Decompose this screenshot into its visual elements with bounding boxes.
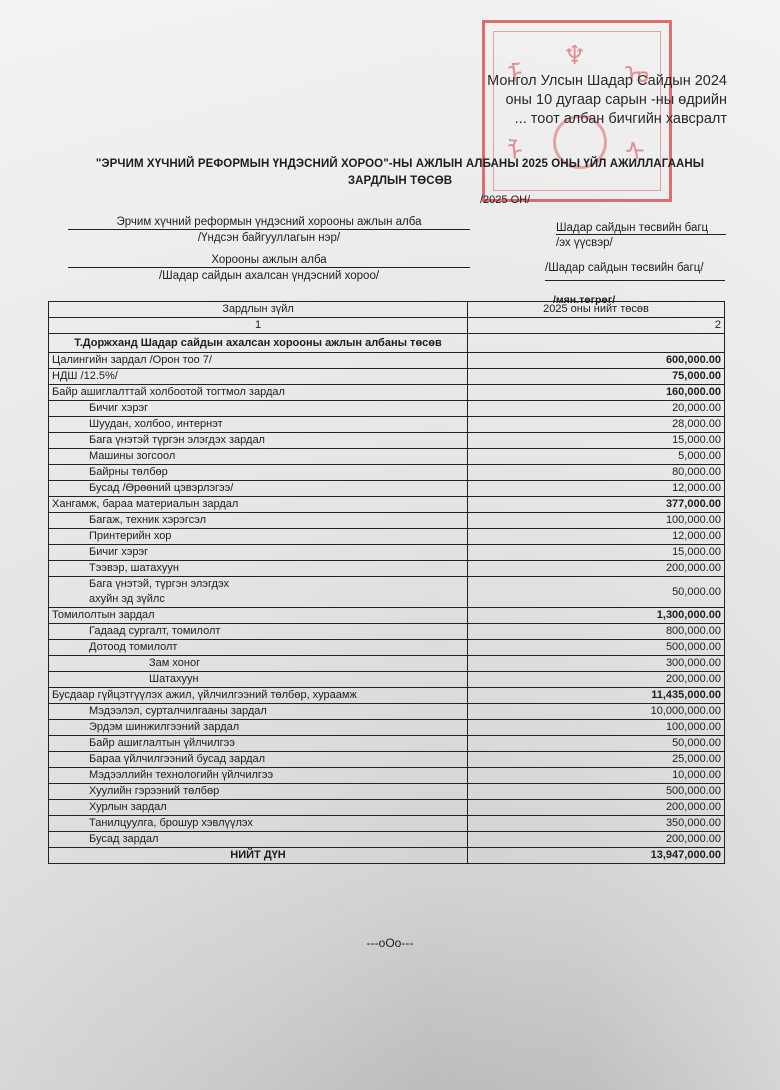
row-amount: 500,000.00 [468, 640, 725, 656]
stamp-soyombo-icon: ♆ [563, 41, 586, 71]
title-line-1: "ЭРЧИМ ХҮЧНИЙ РЕФОРМЫН ҮНДЭСНИЙ ХОРОО"-Н… [70, 156, 730, 173]
budget-year: /2025 ОН/ [480, 194, 530, 206]
source-name: Шадар сайдын төсвийн багц [556, 222, 726, 235]
row-label: Багаж, техник хэрэгсэл [49, 513, 468, 529]
table-row: Эрдэм шинжилгээний зардал100,000.00 [49, 720, 725, 736]
annex-line-3: ... тоот албан бичгийн хавсралт [482, 110, 727, 129]
committee-caption: /Шадар сайдын ахалсан үндэсний хороо/ [68, 268, 470, 282]
row-label: Машины зогсоол [49, 449, 468, 465]
table-row-category: Хангамж, бараа материалын зардал377,000.… [49, 497, 725, 513]
source-field: Шадар сайдын төсвийн багц /эх үүсвэр/ [556, 222, 726, 249]
committee-field: Хорооны ажлын алба /Шадар сайдын ахалсан… [68, 254, 470, 282]
total-amount: 13,947,000.00 [468, 848, 725, 864]
table-header-row: Зардлын зүйл 2025 оны нийт төсөв [49, 302, 725, 318]
row-amount: 75,000.00 [468, 369, 725, 385]
row-amount: 100,000.00 [468, 720, 725, 736]
row-amount: 50,000.00 [468, 736, 725, 752]
row-label: Томилолтын зардал [49, 608, 468, 624]
row-amount: 100,000.00 [468, 513, 725, 529]
row-label: Байр ашиглалтын үйлчилгээ [49, 736, 468, 752]
row-label: Хурлын зардал [49, 800, 468, 816]
total-row: НИЙТ ДҮН13,947,000.00 [49, 848, 725, 864]
row-label: Хангамж, бараа материалын зардал [49, 497, 468, 513]
row-label: Гадаад сургалт, томилолт [49, 624, 468, 640]
table-row: Бага үнэтэй, түргэн элэгдэх ахуйн эд зүй… [49, 577, 725, 608]
row-label: Шуудан, холбоо, интернэт [49, 417, 468, 433]
row-amount: 50,000.00 [468, 577, 725, 608]
row-amount: 300,000.00 [468, 656, 725, 672]
table-row: Машины зогсоол5,000.00 [49, 449, 725, 465]
source-caption: /эх үүсвэр/ [556, 235, 726, 249]
row-label: Мэдээлэл, сурталчилгааны зардал [49, 704, 468, 720]
row-label: Тээвэр, шатахуун [49, 561, 468, 577]
table-row: Мэдээлэл, сурталчилгааны зардал10,000,00… [49, 704, 725, 720]
row-label: Бичиг хэрэг [49, 401, 468, 417]
row-amount: 160,000.00 [468, 385, 725, 401]
row-label: Хуулийн гэрээний төлбөр [49, 784, 468, 800]
row-amount: 12,000.00 [468, 481, 725, 497]
row-label: Цалингийн зардал /Орон тоо 7/ [49, 353, 468, 369]
end-mark: ---oOo--- [0, 936, 780, 950]
table-row: Зам хоног300,000.00 [49, 656, 725, 672]
row-label: Байрны төлбөр [49, 465, 468, 481]
package-name: /Шадар сайдын төсвийн багц/ [545, 262, 725, 281]
row-label: Бусад /Өрөөний цэвэрлэгээ/ [49, 481, 468, 497]
row-amount: 600,000.00 [468, 353, 725, 369]
row-label: Принтерийн хор [49, 529, 468, 545]
row-amount: 200,000.00 [468, 800, 725, 816]
row-label: Танилцуулга, брошур хэвлүүлэх [49, 816, 468, 832]
document-page: ᠮ ♆ ᠣ ᠯ ᠰ Монгол Улсын Шадар Сайдын 2024… [0, 0, 780, 1090]
row-amount: 11,435,000.00 [468, 688, 725, 704]
column-header-item: Зардлын зүйл [49, 302, 468, 318]
row-label: Дотоод томилолт [49, 640, 468, 656]
table-row: Бусад зардал200,000.00 [49, 832, 725, 848]
row-amount: 5,000.00 [468, 449, 725, 465]
column-number-1: 1 [49, 318, 468, 334]
table-row: Бараа үйлчилгээний бусад зардал25,000.00 [49, 752, 725, 768]
table-row: Принтерийн хор12,000.00 [49, 529, 725, 545]
column-number-2: 2 [468, 318, 725, 334]
row-amount: 15,000.00 [468, 545, 725, 561]
row-amount: 350,000.00 [468, 816, 725, 832]
annex-line-1: Монгол Улсын Шадар Сайдын 2024 [482, 72, 727, 91]
table-row: Шатахуун200,000.00 [49, 672, 725, 688]
table-row-category: НДШ /12.5%/75,000.00 [49, 369, 725, 385]
row-amount: 15,000.00 [468, 433, 725, 449]
row-label: Зам хоног [49, 656, 468, 672]
committee-name: Хорооны ажлын алба [68, 254, 470, 268]
table-row: Мэдээллийн технологийн үйлчилгээ10,000.0… [49, 768, 725, 784]
row-amount: 20,000.00 [468, 401, 725, 417]
organization-name: Эрчим хүчний реформын үндэсний хорооны а… [68, 216, 470, 230]
row-amount: 10,000.00 [468, 768, 725, 784]
column-header-budget: 2025 оны нийт төсөв [468, 302, 725, 318]
table-row: Бичиг хэрэг20,000.00 [49, 401, 725, 417]
row-label: Мэдээллийн технологийн үйлчилгээ [49, 768, 468, 784]
row-amount: 25,000.00 [468, 752, 725, 768]
package-field: /Шадар сайдын төсвийн багц/ [545, 262, 725, 281]
annex-note: Монгол Улсын Шадар Сайдын 2024 оны 10 ду… [482, 72, 727, 129]
table-row: Хурлын зардал200,000.00 [49, 800, 725, 816]
table-row: Танилцуулга, брошур хэвлүүлэх350,000.00 [49, 816, 725, 832]
row-label: Бусад зардал [49, 832, 468, 848]
budget-table: Зардлын зүйл 2025 оны нийт төсөв 1 2 Т.Д… [48, 301, 725, 864]
table-row-category: Томилолтын зардал1,300,000.00 [49, 608, 725, 624]
org-heading: Т.Доржханд Шадар сайдын ахалсан хорооны … [49, 334, 468, 353]
row-amount: 200,000.00 [468, 672, 725, 688]
table-row: Бага үнэтэй түргэн элэгдэх зардал15,000.… [49, 433, 725, 449]
row-label: НДШ /12.5%/ [49, 369, 468, 385]
row-amount: 200,000.00 [468, 832, 725, 848]
table-row-category: Байр ашиглалттай холбоотой тогтмол зарда… [49, 385, 725, 401]
row-label: Бага үнэтэй түргэн элэгдэх зардал [49, 433, 468, 449]
row-amount: 200,000.00 [468, 561, 725, 577]
document-title: "ЭРЧИМ ХҮЧНИЙ РЕФОРМЫН ҮНДЭСНИЙ ХОРОО"-Н… [70, 156, 730, 190]
row-label: Эрдэм шинжилгээний зардал [49, 720, 468, 736]
row-amount: 28,000.00 [468, 417, 725, 433]
row-amount: 800,000.00 [468, 624, 725, 640]
row-amount: 10,000,000.00 [468, 704, 725, 720]
organization-caption: /Үндсэн байгууллагын нэр/ [68, 230, 470, 244]
table-row: Байр ашиглалтын үйлчилгээ50,000.00 [49, 736, 725, 752]
title-line-2: ЗАРДЛЫН ТӨСӨВ [70, 173, 730, 190]
column-number-row: 1 2 [49, 318, 725, 334]
row-amount: 377,000.00 [468, 497, 725, 513]
annex-line-2: оны 10 дугаар сарын -ны өдрийн [482, 91, 727, 110]
table-row: Багаж, техник хэрэгсэл100,000.00 [49, 513, 725, 529]
table-row: Байрны төлбөр80,000.00 [49, 465, 725, 481]
row-label: Бараа үйлчилгээний бусад зардал [49, 752, 468, 768]
org-heading-amount [468, 334, 725, 353]
total-label: НИЙТ ДҮН [49, 848, 468, 864]
table-row: Бусад /Өрөөний цэвэрлэгээ/12,000.00 [49, 481, 725, 497]
table-row: Бичиг хэрэг15,000.00 [49, 545, 725, 561]
org-heading-row: Т.Доржханд Шадар сайдын ахалсан хорооны … [49, 334, 725, 353]
row-label: Бичиг хэрэг [49, 545, 468, 561]
table-row: Тээвэр, шатахуун200,000.00 [49, 561, 725, 577]
table-row-category: Цалингийн зардал /Орон тоо 7/600,000.00 [49, 353, 725, 369]
row-label: Бусдаар гүйцэтгүүлэх ажил, үйлчилгээний … [49, 688, 468, 704]
row-label: Бага үнэтэй, түргэн элэгдэх ахуйн эд зүй… [49, 577, 468, 608]
organization-field: Эрчим хүчний реформын үндэсний хорооны а… [68, 216, 470, 244]
table-row: Гадаад сургалт, томилолт800,000.00 [49, 624, 725, 640]
table-row-category: Бусдаар гүйцэтгүүлэх ажил, үйлчилгээний … [49, 688, 725, 704]
table-row: Хуулийн гэрээний төлбөр500,000.00 [49, 784, 725, 800]
row-amount: 12,000.00 [468, 529, 725, 545]
row-label: Шатахуун [49, 672, 468, 688]
row-amount: 1,300,000.00 [468, 608, 725, 624]
row-amount: 500,000.00 [468, 784, 725, 800]
row-amount: 80,000.00 [468, 465, 725, 481]
table-row: Шуудан, холбоо, интернэт28,000.00 [49, 417, 725, 433]
table-row: Дотоод томилолт500,000.00 [49, 640, 725, 656]
row-label: Байр ашиглалттай холбоотой тогтмол зарда… [49, 385, 468, 401]
